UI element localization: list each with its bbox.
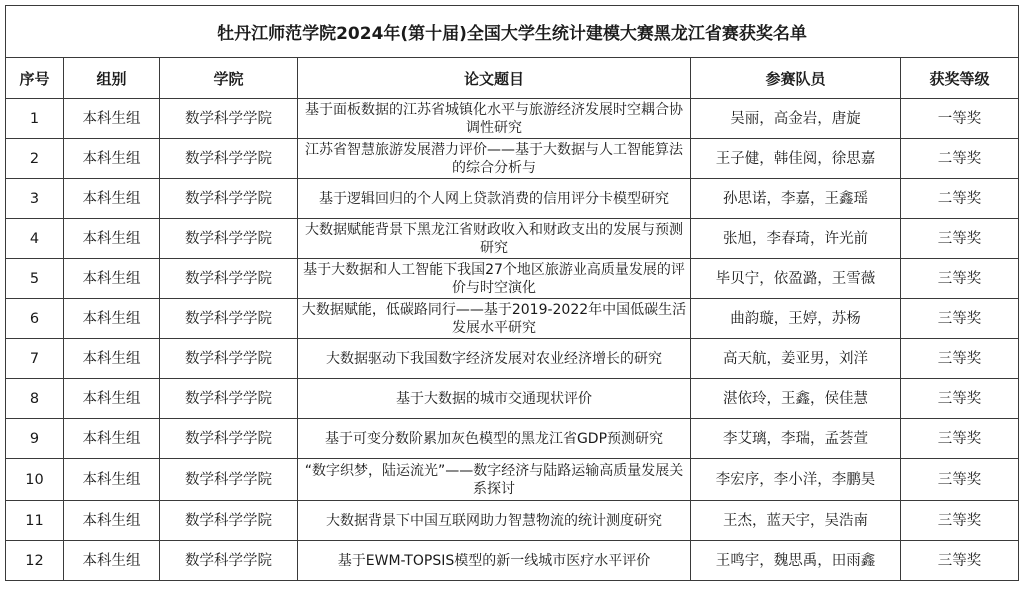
cell-paper-title: 基于大数据的城市交通现状评价: [298, 379, 691, 419]
cell-group: 本科生组: [64, 459, 160, 501]
cell-group: 本科生组: [64, 501, 160, 541]
title-row: 牡丹江师范学院2024年(第十届)全国大学生统计建模大赛黑龙江省赛获奖名单: [6, 6, 1019, 58]
cell-members: 毕贝宁，依盈潞，王雪薇: [691, 259, 901, 299]
table-row: 2 本科生组 数学科学学院 江苏省智慧旅游发展潜力评价——基于大数据与人工智能算…: [6, 139, 1019, 179]
header-row: 序号 组别 学院 论文题目 参赛队员 获奖等级: [6, 58, 1019, 99]
cell-members: 高天航，姜亚男，刘洋: [691, 339, 901, 379]
cell-college: 数学科学学院: [160, 139, 298, 179]
cell-paper-title: 基于EWM-TOPSIS模型的新一线城市医疗水平评价: [298, 541, 691, 581]
column-header-members: 参赛队员: [691, 58, 901, 99]
cell-college: 数学科学学院: [160, 419, 298, 459]
cell-number: 6: [6, 299, 64, 339]
cell-paper-title: 大数据驱动下我国数字经济发展对农业经济增长的研究: [298, 339, 691, 379]
cell-members: 王杰，蓝天宇，吴浩南: [691, 501, 901, 541]
cell-award: 三等奖: [901, 339, 1019, 379]
cell-members: 张旭，李春琦，许光前: [691, 219, 901, 259]
cell-number: 12: [6, 541, 64, 581]
cell-award: 三等奖: [901, 219, 1019, 259]
cell-college: 数学科学学院: [160, 379, 298, 419]
cell-paper-title: 大数据背景下中国互联网助力智慧物流的统计测度研究: [298, 501, 691, 541]
cell-award: 三等奖: [901, 259, 1019, 299]
cell-group: 本科生组: [64, 99, 160, 139]
award-list-sheet: 牡丹江师范学院2024年(第十届)全国大学生统计建模大赛黑龙江省赛获奖名单 序号…: [5, 5, 1018, 581]
cell-members: 曲韵璇，王婷，苏杨: [691, 299, 901, 339]
table-row: 4 本科生组 数学科学学院 大数据赋能背景下黑龙江省财政收入和财政支出的发展与预…: [6, 219, 1019, 259]
cell-number: 8: [6, 379, 64, 419]
cell-paper-title: 基于可变分数阶累加灰色模型的黑龙江省GDP预测研究: [298, 419, 691, 459]
cell-award: 三等奖: [901, 459, 1019, 501]
cell-award: 三等奖: [901, 299, 1019, 339]
cell-number: 11: [6, 501, 64, 541]
cell-college: 数学科学学院: [160, 99, 298, 139]
cell-number: 10: [6, 459, 64, 501]
column-header-paper-title: 论文题目: [298, 58, 691, 99]
column-header-college: 学院: [160, 58, 298, 99]
cell-award: 二等奖: [901, 139, 1019, 179]
table-row: 10 本科生组 数学科学学院 “数字织梦，陆运流光”——数字经济与陆路运输高质量…: [6, 459, 1019, 501]
cell-paper-title: 基于大数据和人工智能下我国27个地区旅游业高质量发展的评价与时空演化: [298, 259, 691, 299]
cell-members: 孙思诺，李嘉，王鑫瑶: [691, 179, 901, 219]
cell-college: 数学科学学院: [160, 259, 298, 299]
cell-paper-title: 基于逻辑回归的个人网上贷款消费的信用评分卡模型研究: [298, 179, 691, 219]
cell-college: 数学科学学院: [160, 179, 298, 219]
cell-award: 二等奖: [901, 179, 1019, 219]
cell-college: 数学科学学院: [160, 219, 298, 259]
cell-number: 7: [6, 339, 64, 379]
cell-group: 本科生组: [64, 379, 160, 419]
cell-members: 王子健，韩佳阅，徐思嘉: [691, 139, 901, 179]
cell-group: 本科生组: [64, 541, 160, 581]
cell-members: 湛依玲，王鑫，侯佳慧: [691, 379, 901, 419]
cell-members: 李艾璃，李瑞，孟荟萱: [691, 419, 901, 459]
cell-college: 数学科学学院: [160, 339, 298, 379]
table-row: 6 本科生组 数学科学学院 大数据赋能，低碳路同行——基于2019-2022年中…: [6, 299, 1019, 339]
cell-group: 本科生组: [64, 219, 160, 259]
column-header-number: 序号: [6, 58, 64, 99]
cell-paper-title: 大数据赋能，低碳路同行——基于2019-2022年中国低碳生活发展水平研究: [298, 299, 691, 339]
cell-college: 数学科学学院: [160, 459, 298, 501]
cell-paper-title: 江苏省智慧旅游发展潜力评价——基于大数据与人工智能算法的综合分析与: [298, 139, 691, 179]
cell-group: 本科生组: [64, 299, 160, 339]
cell-award: 三等奖: [901, 541, 1019, 581]
table-row: 5 本科生组 数学科学学院 基于大数据和人工智能下我国27个地区旅游业高质量发展…: [6, 259, 1019, 299]
cell-award: 三等奖: [901, 501, 1019, 541]
document-title: 牡丹江师范学院2024年(第十届)全国大学生统计建模大赛黑龙江省赛获奖名单: [6, 6, 1019, 58]
cell-group: 本科生组: [64, 139, 160, 179]
cell-college: 数学科学学院: [160, 501, 298, 541]
table-row: 9 本科生组 数学科学学院 基于可变分数阶累加灰色模型的黑龙江省GDP预测研究 …: [6, 419, 1019, 459]
cell-number: 3: [6, 179, 64, 219]
cell-paper-title: 基于面板数据的江苏省城镇化水平与旅游经济发展时空耦合协调性研究: [298, 99, 691, 139]
cell-award: 三等奖: [901, 379, 1019, 419]
cell-members: 李宏序，李小洋，李鹏昊: [691, 459, 901, 501]
cell-college: 数学科学学院: [160, 299, 298, 339]
cell-group: 本科生组: [64, 419, 160, 459]
column-header-group: 组别: [64, 58, 160, 99]
cell-award: 一等奖: [901, 99, 1019, 139]
cell-number: 5: [6, 259, 64, 299]
cell-group: 本科生组: [64, 179, 160, 219]
cell-members: 王鸣宇，魏思禹，田雨鑫: [691, 541, 901, 581]
cell-paper-title: “数字织梦，陆运流光”——数字经济与陆路运输高质量发展关系探讨: [298, 459, 691, 501]
cell-award: 三等奖: [901, 419, 1019, 459]
cell-number: 2: [6, 139, 64, 179]
award-table: 牡丹江师范学院2024年(第十届)全国大学生统计建模大赛黑龙江省赛获奖名单 序号…: [5, 5, 1019, 581]
table-row: 3 本科生组 数学科学学院 基于逻辑回归的个人网上贷款消费的信用评分卡模型研究 …: [6, 179, 1019, 219]
cell-number: 1: [6, 99, 64, 139]
cell-paper-title: 大数据赋能背景下黑龙江省财政收入和财政支出的发展与预测研究: [298, 219, 691, 259]
cell-number: 4: [6, 219, 64, 259]
cell-group: 本科生组: [64, 259, 160, 299]
cell-members: 吴丽，高金岩，唐旋: [691, 99, 901, 139]
table-row: 7 本科生组 数学科学学院 大数据驱动下我国数字经济发展对农业经济增长的研究 高…: [6, 339, 1019, 379]
cell-number: 9: [6, 419, 64, 459]
table-row: 8 本科生组 数学科学学院 基于大数据的城市交通现状评价 湛依玲，王鑫，侯佳慧 …: [6, 379, 1019, 419]
table-row: 11 本科生组 数学科学学院 大数据背景下中国互联网助力智慧物流的统计测度研究 …: [6, 501, 1019, 541]
cell-college: 数学科学学院: [160, 541, 298, 581]
table-row: 12 本科生组 数学科学学院 基于EWM-TOPSIS模型的新一线城市医疗水平评…: [6, 541, 1019, 581]
table-row: 1 本科生组 数学科学学院 基于面板数据的江苏省城镇化水平与旅游经济发展时空耦合…: [6, 99, 1019, 139]
cell-group: 本科生组: [64, 339, 160, 379]
column-header-award: 获奖等级: [901, 58, 1019, 99]
